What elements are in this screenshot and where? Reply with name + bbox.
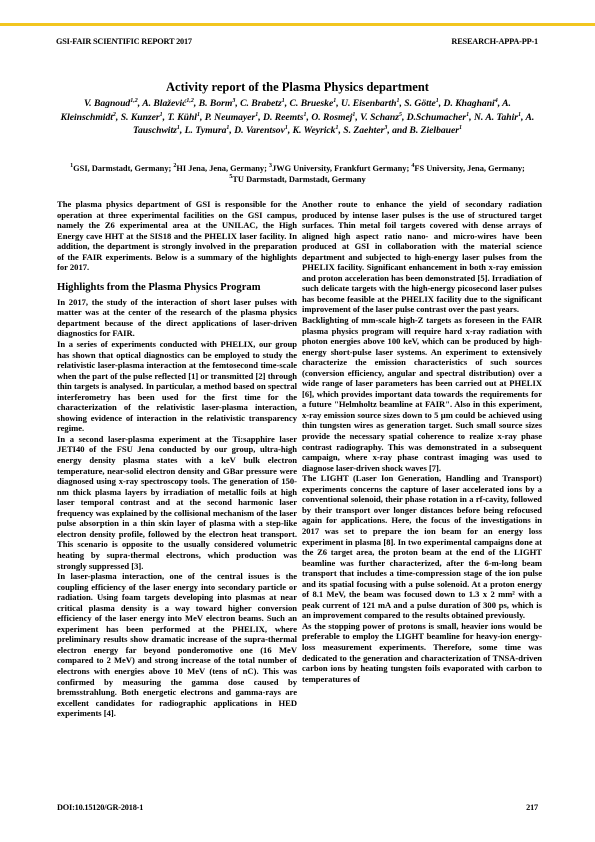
author-name: K. Weyrick1 [293,125,339,136]
author-name: S. Götte1 [404,98,438,109]
author-name: B. Borm3 [199,98,236,109]
affiliation-marker: 3 [384,125,387,131]
author-name: V. Bagnoud1,2 [84,98,138,109]
affiliation-marker: 3 [232,98,235,104]
affiliation-marker: 1 [352,112,355,118]
running-header-left: GSI-FAIR SCIENTIFIC REPORT 2017 [56,37,192,46]
author-name: U. Eisenbarth1 [341,98,399,109]
affiliation-text: TU Darmstadt, Darmstadt, Germany [232,175,365,184]
body-paragraph: The LIGHT (Laser Ion Generation, Handlin… [302,473,542,621]
affiliation-marker: 1 [177,125,180,131]
affiliation-marker: 1 [459,125,462,131]
author-name: C. Brueske1 [290,98,337,109]
affiliation-marker: 1 [396,98,399,104]
affiliation-marker: 1 [197,112,200,118]
body-paragraph: In 2017, the study of the interaction of… [57,297,297,339]
author-name: D. Varentsov1 [234,125,288,136]
page-number: 217 [526,803,538,812]
affiliation-text: HI Jena, Jena, Germany; [176,164,269,173]
affiliation-marker: 1 [333,98,336,104]
affiliation-text: JWG University, Frankfurt Germany; [272,164,411,173]
affiliation-marker: 1 [466,112,469,118]
author-name: C. Brabetz1 [240,98,285,109]
author-name: P. Neumayer1 [205,112,258,123]
intro-paragraph: The plasma physics department of GSI is … [57,199,297,273]
author-name: O. Rosmej1 [311,112,355,123]
affiliation-marker: 5 [399,112,402,118]
author-name: D.Schumacher1 [407,112,469,123]
body-paragraph: In laser-plasma interaction, one of the … [57,571,297,719]
doi-footer[interactable]: DOI:10.15120/GR-2018-1 [57,803,143,812]
header-accent-line [0,23,595,26]
affiliation-marker: 1 [282,98,285,104]
affiliation-marker: 4 [495,98,498,104]
running-header-right: RESEARCH-APPA-PP-1 [451,37,538,46]
affiliation-marker: 1 [518,112,521,118]
body-paragraph: Another route to enhance the yield of se… [302,199,542,315]
affiliation-marker: 1,2 [186,98,194,104]
affiliations: 1GSI, Darmstadt, Germany; 2HI Jena, Jena… [62,164,533,185]
author-name: A. Blažević1,2 [142,98,194,109]
left-column: The plasma physics department of GSI is … [57,199,297,719]
author-name: D. Reemts1 [263,112,307,123]
affiliation-text: FS University, Jena, Germany; [414,164,525,173]
body-paragraph: In a second laser-plasma experiment at t… [57,434,297,571]
page-title: Activity report of the Plasma Physics de… [0,80,595,95]
affiliation-marker: 1 [160,112,163,118]
body-paragraph: In a series of experiments conducted wit… [57,339,297,434]
body-paragraph: Backlighting of mm-scale high-Z targets … [302,315,542,473]
author-name: T. Kühl1 [167,112,200,123]
author-name: S. Kunzer1 [121,112,163,123]
affiliation-marker: 1 [226,125,229,131]
author-name: S. Zaehter3 [343,125,387,136]
affiliation-marker: 1,2 [130,98,138,104]
section-heading: Highlights from the Plasma Physics Progr… [57,282,297,294]
author-name: N. A. Tahir1 [474,112,521,123]
affiliation-marker: 1 [436,98,439,104]
affiliation-marker: 1 [335,125,338,131]
right-column: Another route to enhance the yield of se… [302,199,542,684]
author-name: V. Schanz5 [360,112,402,123]
affiliation-marker: 1 [285,125,288,131]
author-name: L. Tymura1 [185,125,230,136]
author-name: D. Khaghani4 [444,98,498,109]
affiliation-marker: 2 [113,112,116,118]
affiliation-text: GSI, Darmstadt, Germany; [73,164,173,173]
author-list: V. Bagnoud1,2, A. Blažević1,2, B. Borm3,… [60,97,535,138]
affiliation-marker: 1 [304,112,307,118]
body-paragraph: As the stopping power of protons is smal… [302,621,542,684]
author-name: and B. Zielbauer1 [392,125,462,136]
affiliation-marker: 1 [255,112,258,118]
